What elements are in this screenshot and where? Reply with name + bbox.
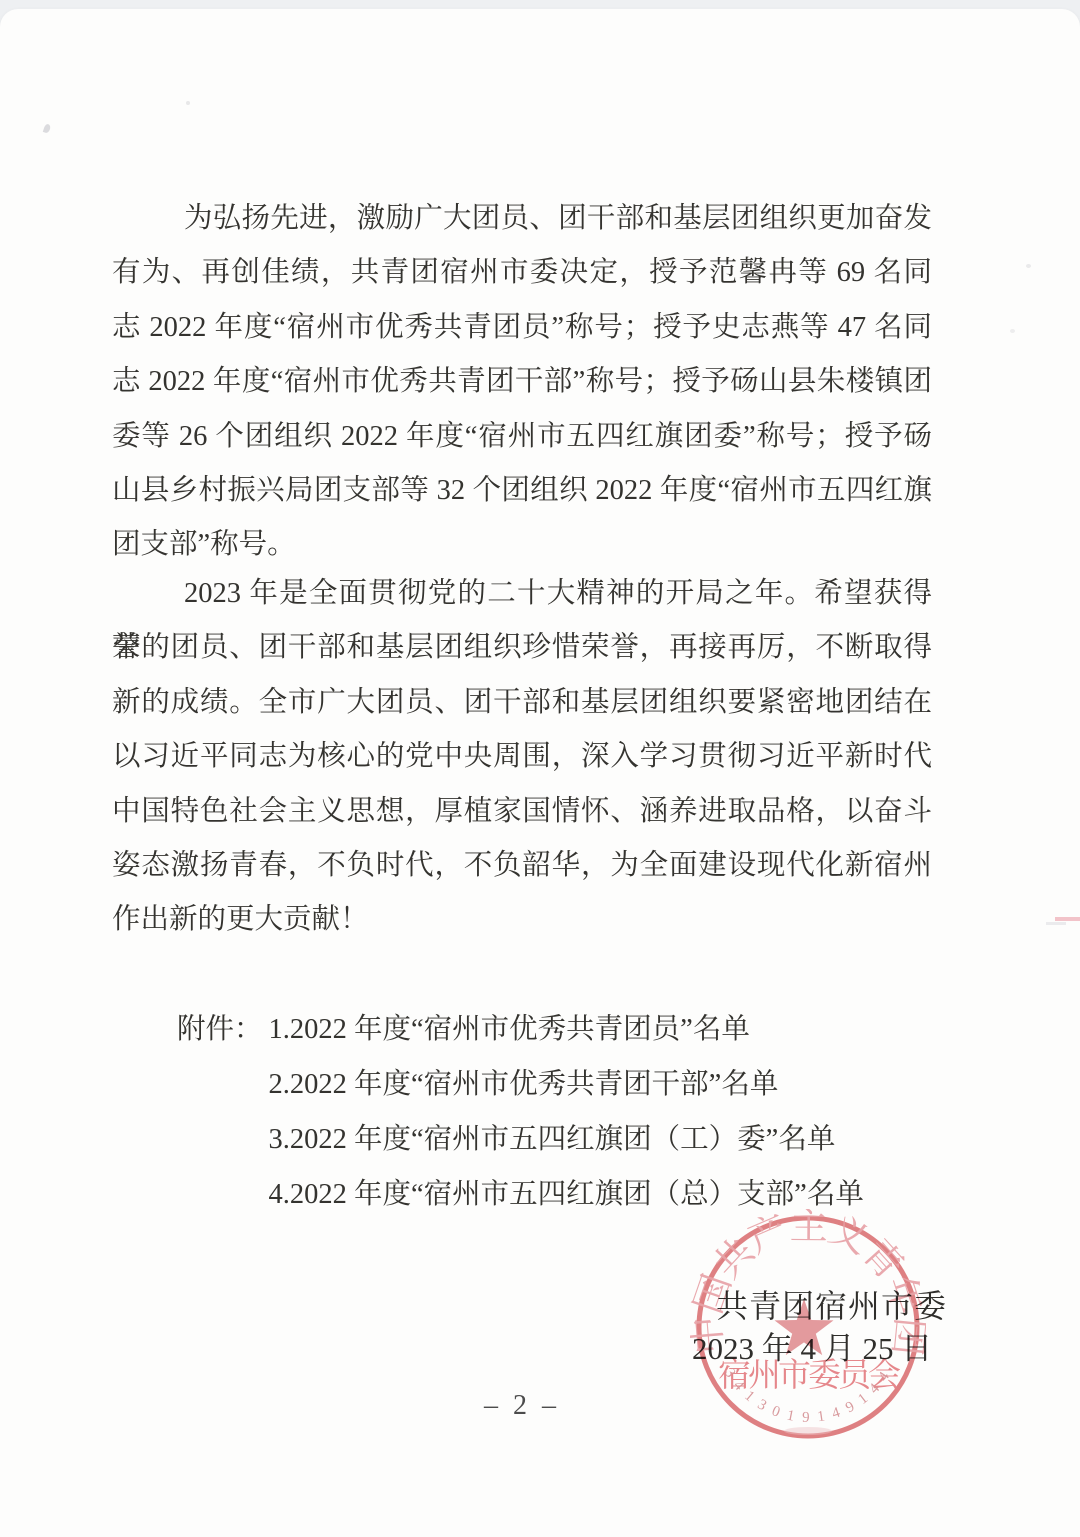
- body-line: 为弘扬先进，激励广大团员、团干部和基层团组织更加奋发: [112, 192, 932, 246]
- attachments-list: 1.2022 年度“宿州市优秀共青团员”名单 2.2022 年度“宿州市优秀共青…: [269, 1002, 864, 1222]
- body-line: 委等 26 个团组织 2022 年度“宿州市五四红旗团委”称号；授予砀: [112, 410, 932, 464]
- paragraph-2: 2023 年是全面贯彻党的二十大精神的开局之年。希望获得荣 誉的团员、团干部和基…: [112, 567, 932, 948]
- body-line: 志 2022 年度“宿州市优秀共青团干部”称号；授予砀山县朱楼镇团: [112, 355, 932, 409]
- seal-serial-number: 3413019149144: [721, 1366, 893, 1426]
- body-line: 以习近平同志为核心的党中央周围，深入学习贯彻习近平新时代: [112, 730, 932, 784]
- body-line: 中国特色社会主义思想，厚植家国情怀、涵养进取品格，以奋斗: [112, 785, 932, 839]
- attachment-item: 3.2022 年度“宿州市五四红旗团（工）委”名单: [269, 1112, 864, 1167]
- attachments-block: 附件： 1.2022 年度“宿州市优秀共青团员”名单 2.2022 年度“宿州市…: [177, 1002, 864, 1222]
- document-page: 为弘扬先进，激励广大团员、团干部和基层团组织更加奋发 有为、再创佳绩，共青团宿州…: [0, 9, 1080, 1537]
- scan-speck: [186, 101, 190, 105]
- scan-speck: [1010, 329, 1015, 333]
- body-line: 山县乡村振兴局团支部等 32 个团组织 2022 年度“宿州市五四红旗: [112, 464, 932, 518]
- signature-org: 共青团宿州市委: [716, 1281, 947, 1327]
- scan-speck: [43, 123, 51, 133]
- scan-speck: [1026, 264, 1031, 268]
- body-line: 团支部”称号。: [112, 518, 932, 572]
- body-line: 志 2022 年度“宿州市优秀共青团员”称号；授予史志燕等 47 名同: [112, 301, 932, 355]
- paragraph-1: 为弘扬先进，激励广大团员、团干部和基层团组织更加奋发 有为、再创佳绩，共青团宿州…: [112, 192, 932, 573]
- attachment-item: 4.2022 年度“宿州市五四红旗团（总）支部”名单: [269, 1167, 864, 1222]
- signature-date: 2023 年 4 月 25 日: [692, 1323, 932, 1368]
- attachments-label: 附件：: [177, 1002, 263, 1057]
- body-line: 姿态激扬青春，不负时代，不负韶华，为全面建设现代化新宿州: [112, 839, 932, 893]
- attachment-item: 1.2022 年度“宿州市优秀共青团员”名单: [269, 1002, 864, 1057]
- attachment-item: 2.2022 年度“宿州市优秀共青团干部”名单: [269, 1057, 864, 1112]
- body-line: 作出新的更大贡献！: [112, 893, 932, 947]
- seal-smudge: [784, 1427, 832, 1435]
- scan-artifact-line: [1055, 917, 1080, 921]
- page-number: – 2 –: [484, 1390, 560, 1422]
- scan-artifact-line: [1046, 922, 1066, 925]
- body-line: 誉的团员、团干部和基层团组织珍惜荣誉，再接再厉，不断取得: [112, 621, 932, 675]
- body-line: 有为、再创佳绩，共青团宿州市委决定，授予范馨冉等 69 名同: [112, 246, 932, 300]
- body-line: 2023 年是全面贯彻党的二十大精神的开局之年。希望获得荣: [112, 567, 932, 621]
- body-line: 新的成绩。全市广大团员、团干部和基层团组织要紧密地团结在: [112, 676, 932, 730]
